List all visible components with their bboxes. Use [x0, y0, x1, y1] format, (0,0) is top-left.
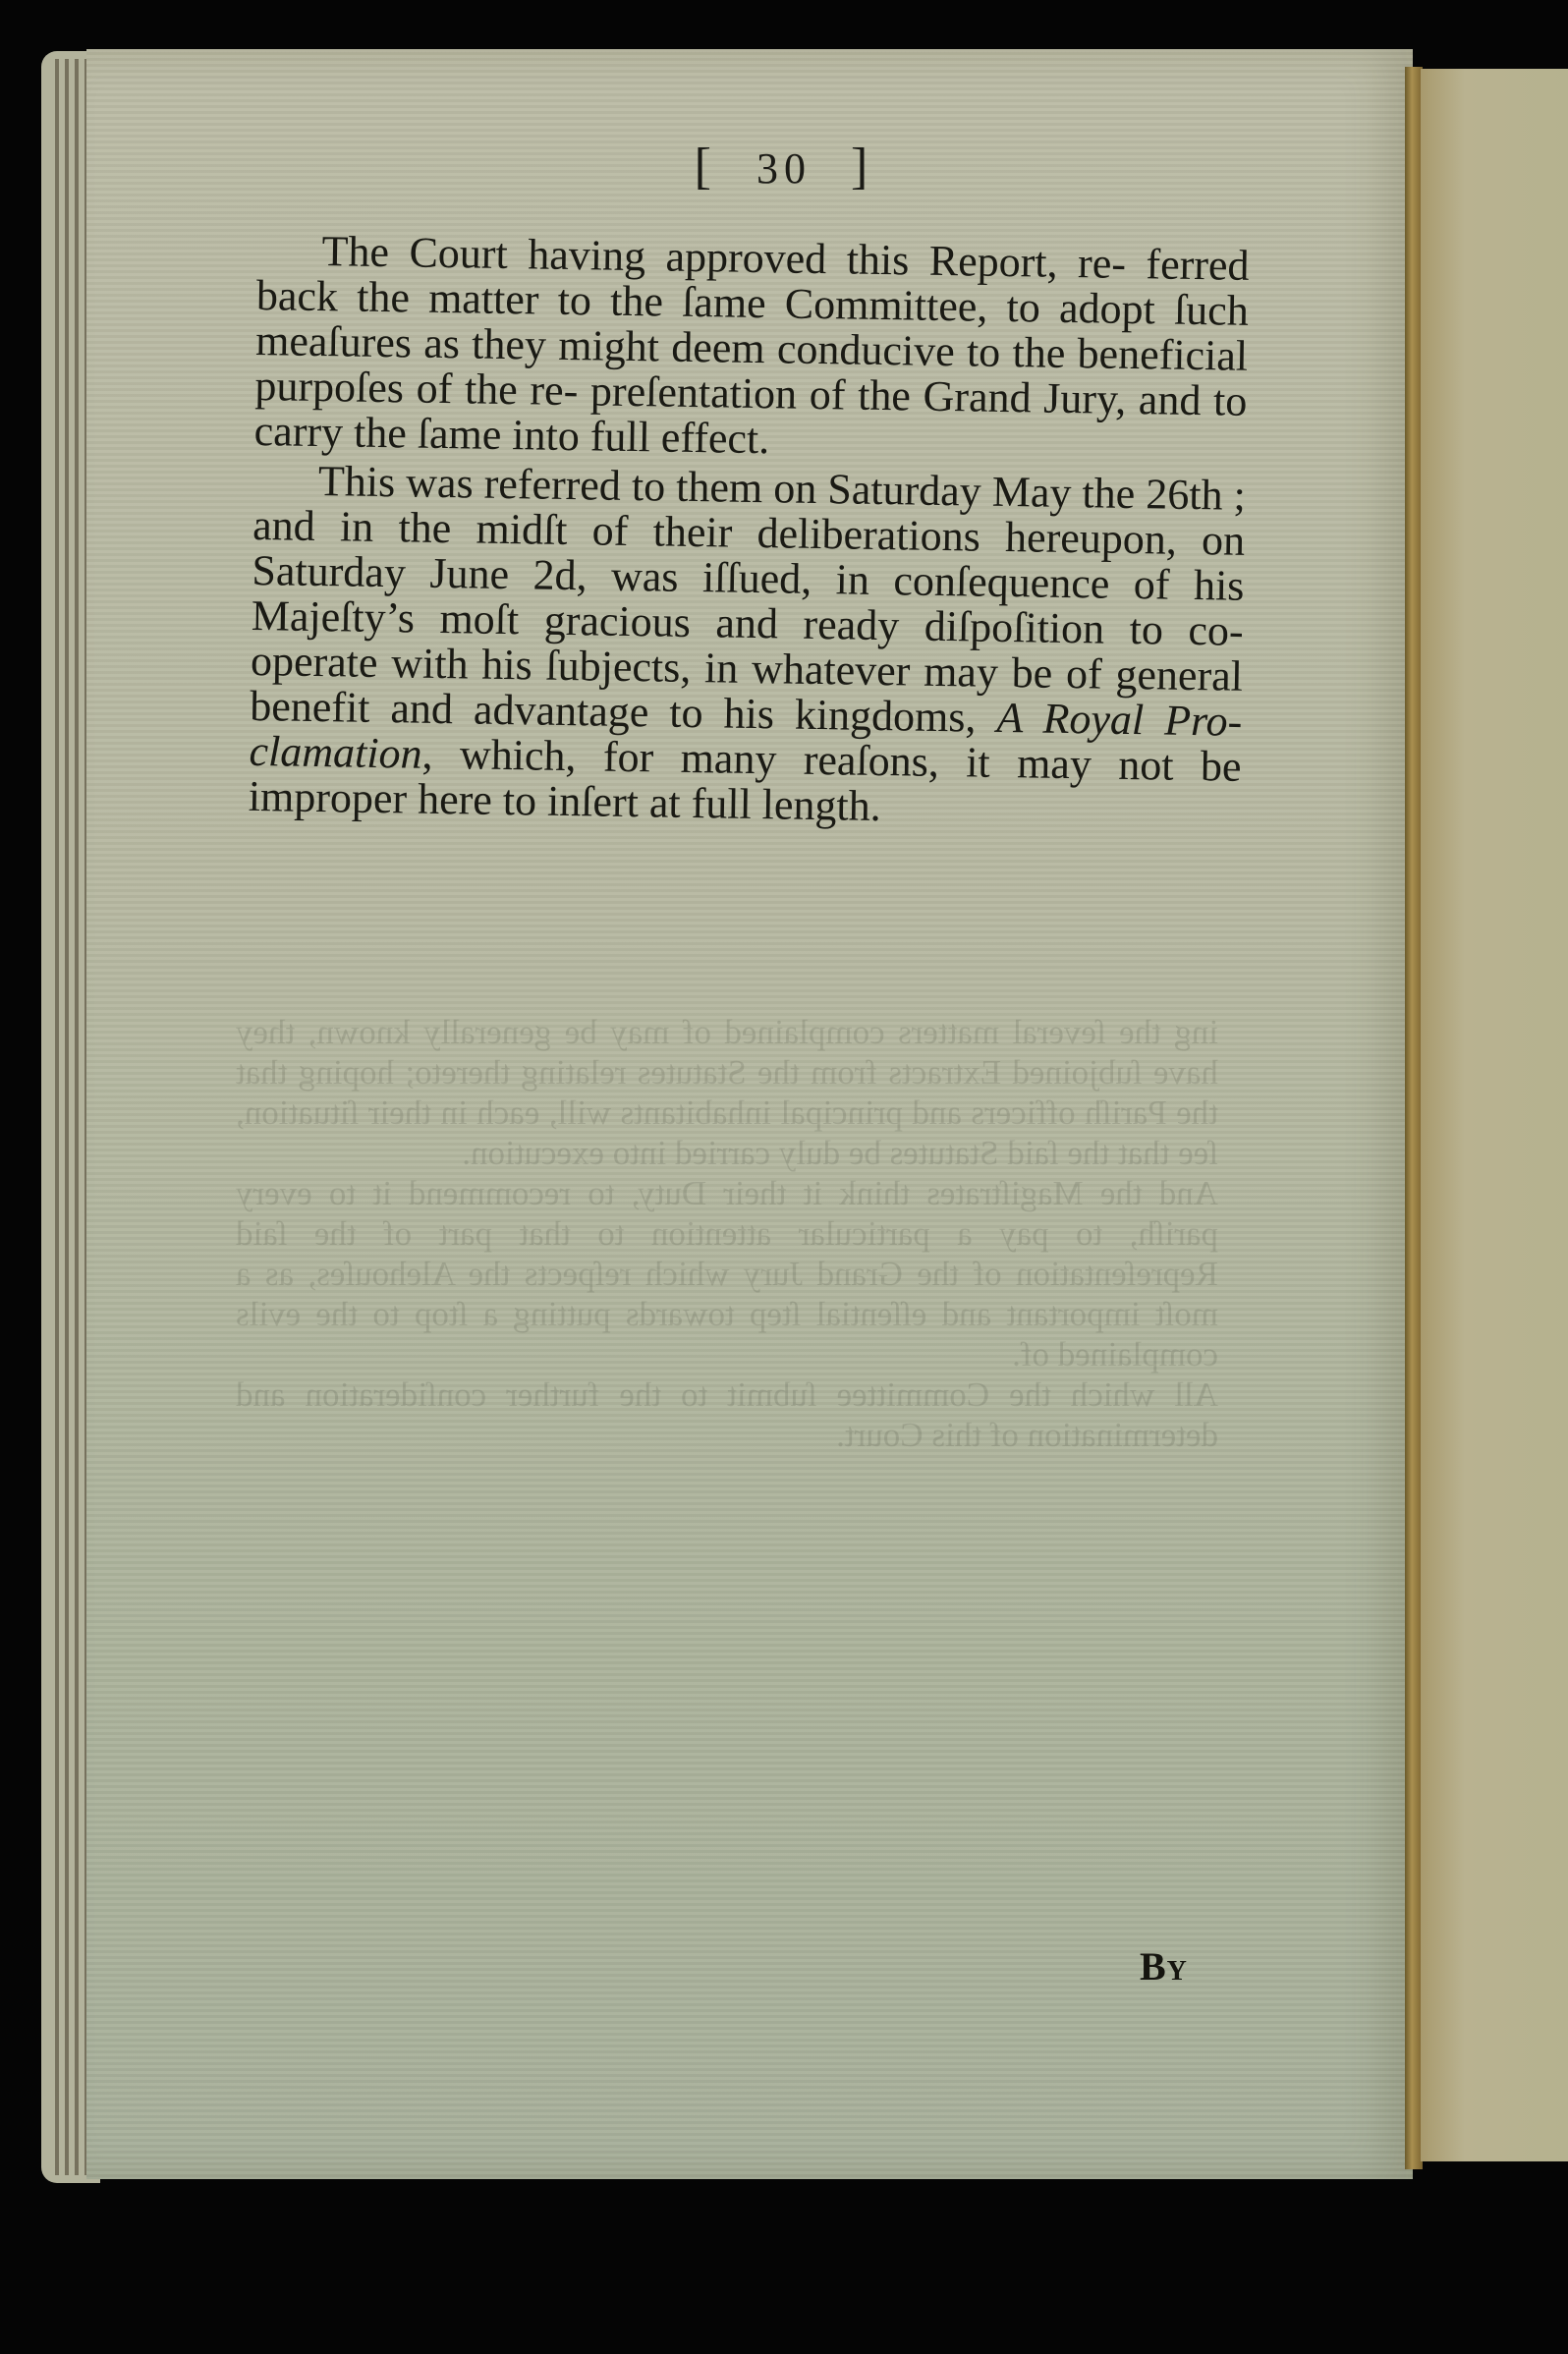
header-left-bracket: [	[695, 139, 717, 195]
catchword: By	[1140, 1943, 1188, 1990]
page-header: [30]	[0, 138, 1568, 196]
page-body: The Court having approved this Report, r…	[248, 228, 1249, 839]
paragraph-2: This was referred to them on Saturday Ma…	[249, 458, 1247, 835]
bleed-paragraph: All which the Committee ſubmit to the fu…	[236, 1374, 1218, 1455]
bleed-paragraph: And the Magiſtrates think it their Duty,…	[236, 1173, 1218, 1374]
line: the ſame into full effect.	[354, 409, 770, 464]
page-number: 30	[756, 144, 812, 193]
bleed-through-text: ing the ſeveral matters complained of ma…	[236, 1012, 1218, 1455]
page-edge-line	[75, 59, 79, 2175]
header-right-bracket: ]	[851, 139, 873, 195]
paragraph-1: The Court having approved this Report, r…	[253, 228, 1249, 470]
page-edge-line	[55, 59, 59, 2175]
facing-page	[1421, 69, 1568, 2161]
bleed-paragraph: ing the ſeveral matters complained of ma…	[236, 1012, 1218, 1173]
page-edge-line	[65, 59, 69, 2175]
